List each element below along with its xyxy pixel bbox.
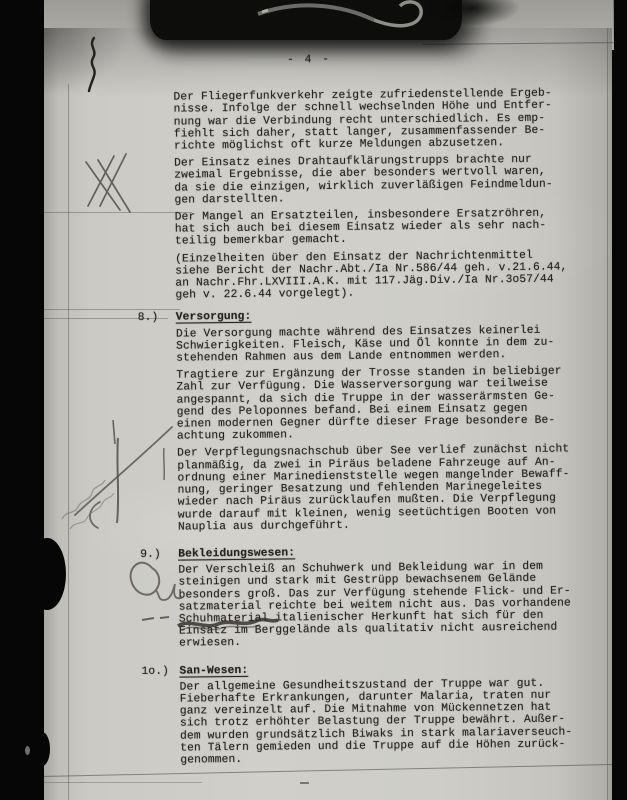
underlying-page-edge-vertical	[68, 84, 69, 800]
paragraph: Der allgemeine Gesundheitszustand der Tr…	[180, 677, 589, 767]
stray-dash-mark	[300, 782, 309, 784]
scanner-edge-right	[610, 0, 627, 800]
paragraph-drahtaufklaerung: Der Einsatz eines Drahtaufklärungstrupps…	[174, 154, 582, 207]
section-bekleidungswesen: 9.) Bekleidungswesen: Der Verschleiß an …	[140, 544, 587, 655]
paragraph: Der Verpflegungsnachschub über See verli…	[177, 444, 586, 534]
scanner-edge-bump	[34, 732, 50, 766]
binder-clip-clasp-icon	[150, 0, 462, 40]
scanner-edge-blob	[28, 538, 66, 610]
binder-clip	[150, 0, 462, 40]
section-number: 8.)	[138, 312, 178, 539]
paragraph-einzelheiten: (Einzelheiten über den Einsatz der Nachr…	[175, 249, 583, 302]
section-heading: San-Wesen:	[179, 661, 587, 677]
section-versorgung: 8.) Versorgung: Die Versorgung machte wä…	[138, 308, 586, 539]
section-san-wesen: 1o.) San-Wesen: Der allgemeine Gesundhei…	[141, 661, 588, 772]
pencil-c-mark-icon	[90, 502, 100, 528]
pencil-vertical-line-icon	[113, 420, 118, 523]
paragraph: Tragtiere zur Ergänzung der Trosse stand…	[176, 366, 585, 443]
pencil-scribble-handwriting-icon	[62, 480, 114, 529]
scanned-document-page: - 4 - Der Fliegerfunkverkehr zeigte zufr…	[0, 0, 627, 800]
section-number: 1o.)	[141, 665, 180, 772]
paragraph: Die Versorgung machte während des Einsat…	[176, 324, 584, 365]
scanner-edge-left	[0, 0, 44, 800]
page-top-edge-seam	[422, 42, 614, 45]
scanner-edge-speck	[25, 746, 30, 755]
pencil-double-x-mark-icon	[86, 154, 130, 212]
section-number: 9.)	[140, 548, 179, 655]
paper-sheet: - 4 - Der Fliegerfunkverkehr zeigte zufr…	[42, 28, 612, 800]
paragraph: Der Verschleiß an Schuhwerk und Bekleidu…	[178, 560, 587, 650]
section-heading: Versorgung:	[176, 308, 584, 324]
paragraph-ersatzteile: Der Mangel an Ersatzteilen, insbesondere…	[175, 207, 583, 248]
typewritten-content: - 4 - Der Fliegerfunkverkehr zeigte zufr…	[135, 51, 588, 772]
section-heading: Bekleidungswesen:	[178, 544, 586, 560]
page-number: - 4 -	[287, 51, 581, 66]
paper-right-edge-line	[607, 28, 608, 800]
underlying-page-edge	[42, 782, 202, 783]
paragraph-funkverkehr: Der Fliegerfunkverkehr zeigte zufriedens…	[173, 88, 582, 153]
